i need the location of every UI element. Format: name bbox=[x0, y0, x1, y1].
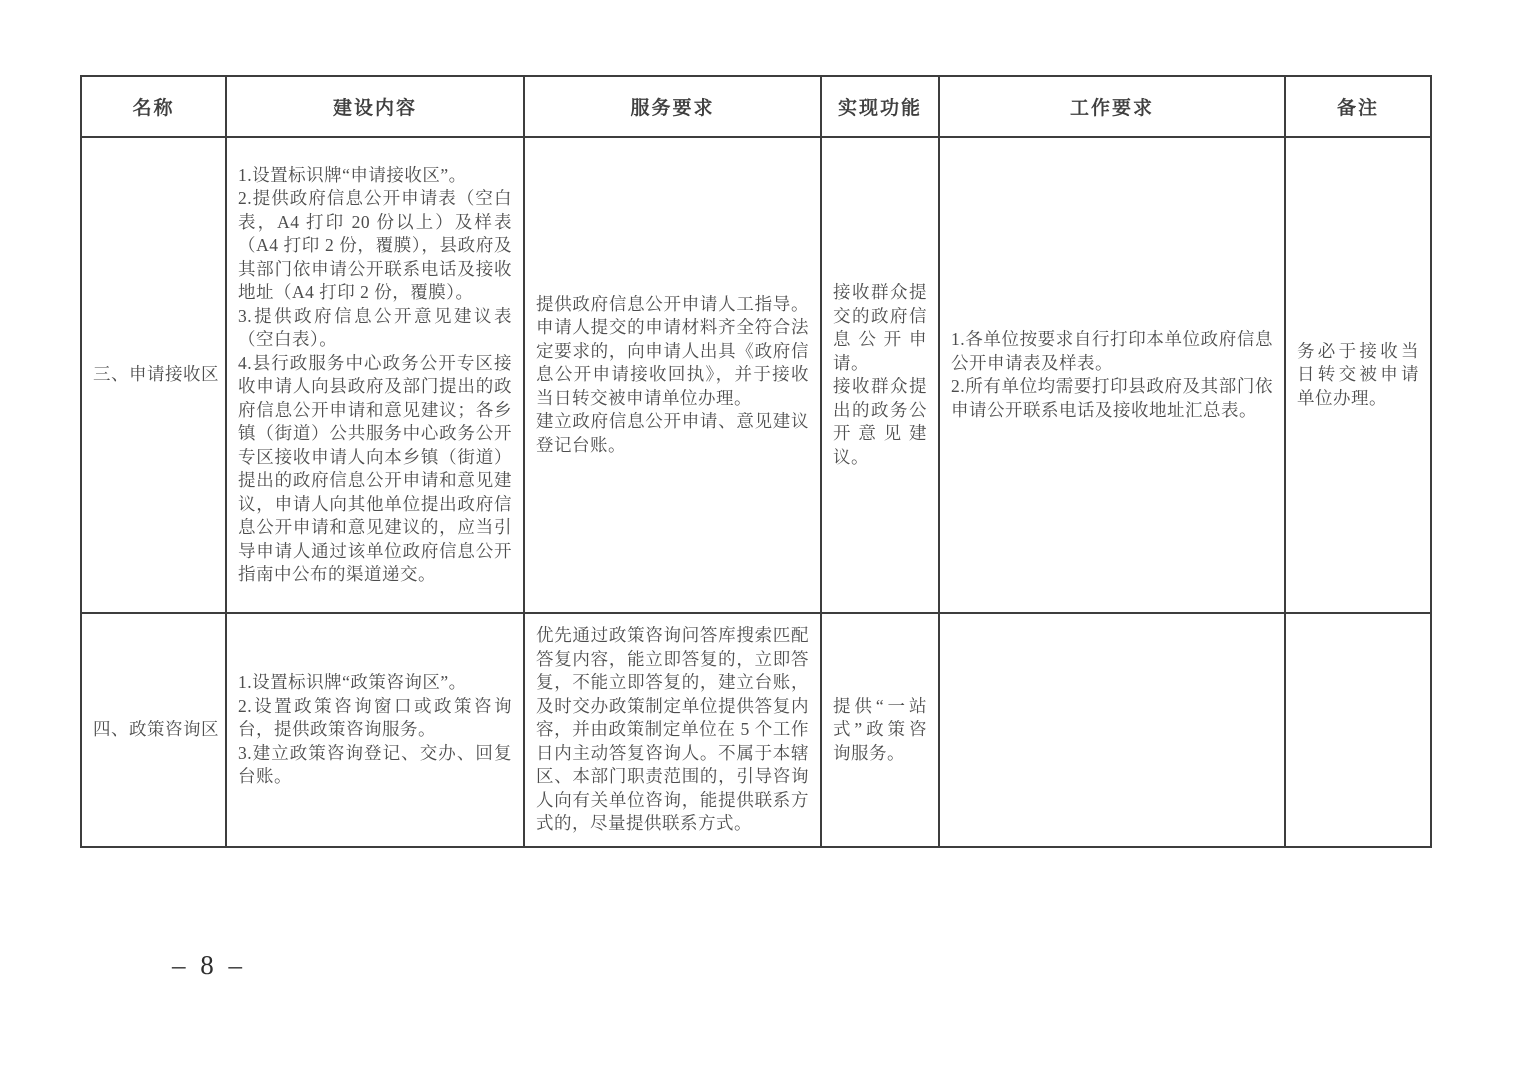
row-implemented-functions: 提供“一站式”政策咨询服务。 bbox=[821, 613, 939, 847]
page-number: – 8 – bbox=[172, 950, 246, 981]
header-service: 服务要求 bbox=[524, 76, 821, 137]
row-remark bbox=[1285, 613, 1431, 847]
row-construction-content: 1.设置标识牌“政策咨询区”。2.设置政策咨询窗口或政策咨询台，提供政策咨询服务… bbox=[226, 613, 524, 847]
row-construction-content: 1.设置标识牌“申请接收区”。2.提供政府信息公开申请表（空白表，A4 打印 2… bbox=[226, 137, 524, 613]
document-page: 名称 建设内容 服务要求 实现功能 工作要求 备注 三、申请接收区 1.设置标识… bbox=[0, 0, 1520, 1074]
table-header-row: 名称 建设内容 服务要求 实现功能 工作要求 备注 bbox=[81, 76, 1431, 137]
header-remark: 备注 bbox=[1285, 76, 1431, 137]
row-name: 三、申请接收区 bbox=[81, 137, 226, 613]
row-service-requirements: 优先通过政策咨询问答库搜索匹配答复内容，能立即答复的，立即答复，不能立即答复的，… bbox=[524, 613, 821, 847]
table-row-application-receiving: 三、申请接收区 1.设置标识牌“申请接收区”。2.提供政府信息公开申请表（空白表… bbox=[81, 137, 1431, 613]
spec-table: 名称 建设内容 服务要求 实现功能 工作要求 备注 三、申请接收区 1.设置标识… bbox=[80, 75, 1432, 848]
row-work-requirements bbox=[939, 613, 1285, 847]
header-function: 实现功能 bbox=[821, 76, 939, 137]
header-work: 工作要求 bbox=[939, 76, 1285, 137]
header-name: 名称 bbox=[81, 76, 226, 137]
row-implemented-functions: 接收群众提交的政府信息公开申请。接收群众提出的政务公开意见建议。 bbox=[821, 137, 939, 613]
row-service-requirements: 提供政府信息公开申请人工指导。申请人提交的申请材料齐全符合法定要求的，向申请人出… bbox=[524, 137, 821, 613]
row-remark: 务必于接收当日转交被申请单位办理。 bbox=[1285, 137, 1431, 613]
header-construction: 建设内容 bbox=[226, 76, 524, 137]
row-work-requirements: 1.各单位按要求自行打印本单位政府信息公开申请表及样表。2.所有单位均需要打印县… bbox=[939, 137, 1285, 613]
row-name: 四、政策咨询区 bbox=[81, 613, 226, 847]
table-row-policy-consultation: 四、政策咨询区 1.设置标识牌“政策咨询区”。2.设置政策咨询窗口或政策咨询台，… bbox=[81, 613, 1431, 847]
